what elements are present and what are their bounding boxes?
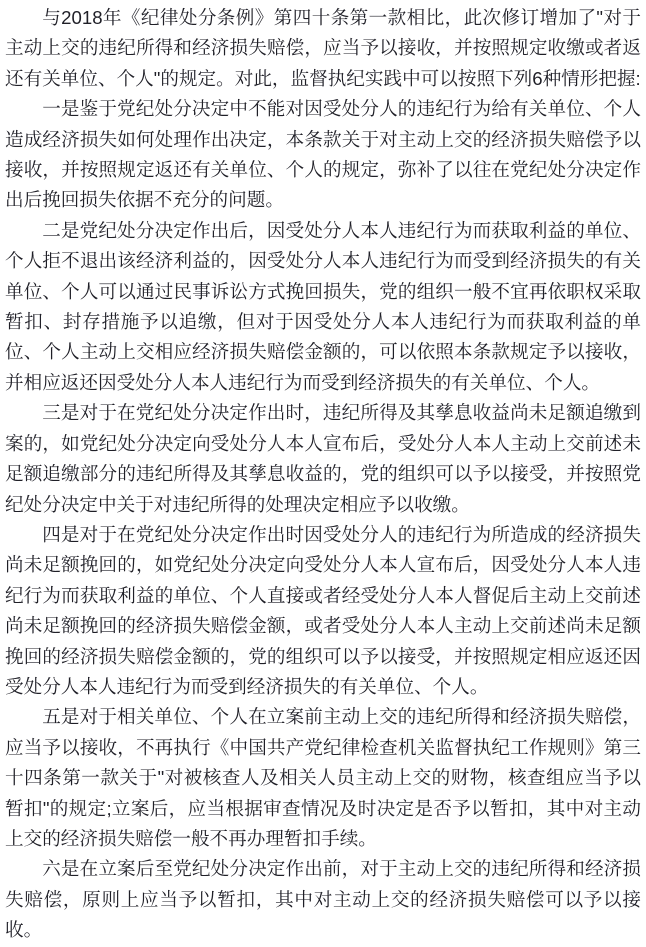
paragraph-intro: 与2018年《纪律处分条例》第四十条第一款相比，此次修订增加了"对于主动上交的违… bbox=[5, 3, 641, 94]
paragraph-point-5: 五是对于相关单位、个人在立案前主动上交的违纪所得和经济损失赔偿，应当予以接收，不… bbox=[5, 702, 641, 854]
paragraph-point-4: 四是对于在党纪处分决定作出时因受处分人的违纪行为所造成的经济损失尚未足额挽回的，… bbox=[5, 520, 641, 702]
document-page: 与2018年《纪律处分条例》第四十条第一款相比，此次修订增加了"对于主动上交的违… bbox=[0, 0, 646, 947]
paragraph-point-2: 二是党纪处分决定作出后，因受处分人本人违纪行为而获取利益的单位、个人拒不退出该经… bbox=[5, 216, 641, 398]
paragraph-point-1: 一是鉴于党纪处分决定中不能对因受处分人的违纪行为给有关单位、个人造成经济损失如何… bbox=[5, 94, 641, 216]
paragraph-point-6: 六是在立案后至党纪处分决定作出前，对于主动上交的违纪所得和经济损失赔偿，原则上应… bbox=[5, 854, 641, 945]
paragraph-point-3: 三是对于在党纪处分决定作出时，违纪所得及其孳息收益尚未足额追缴到案的，如党纪处分… bbox=[5, 398, 641, 520]
